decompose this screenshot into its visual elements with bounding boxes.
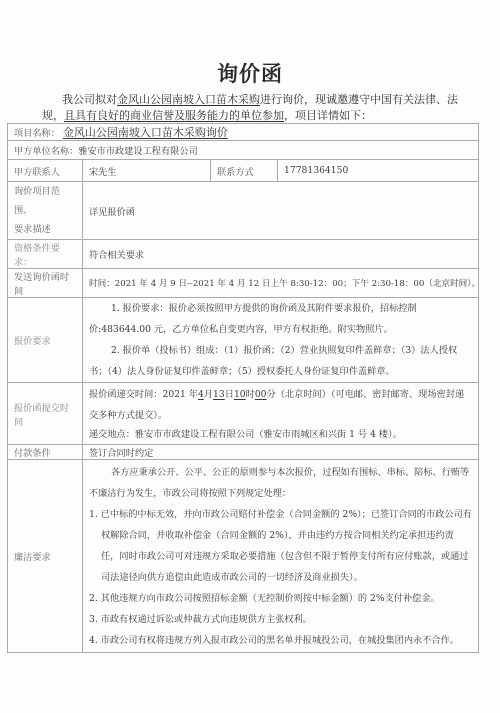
row-qualification: 资格条件要求： 符合相关要求 [8,240,479,269]
integrity-label: 廉洁要求 [8,460,83,653]
integrity-item-3: 3. 市政有权通过诉讼或仲裁方式向违规供方主张权利。 [89,609,472,630]
row-send-time: 发送询价函时间 时间：2021 年 4 月 9 日--2021 年 4 月 12… [8,269,479,298]
document-title: 询价函 [0,58,500,88]
scope-label: 询价项目范围、 要求描述 [8,182,83,240]
scope-label-line1: 询价项目范围、 [14,182,76,220]
project-name-value: 金风山公园南坡入口苗木采购询价 [63,126,228,139]
submit-time-text: 报价函递交时间：2021 年4月13日10时00分（北京时间）（可电邮、密封邮寄… [89,384,472,426]
intro-line2-prefix: 规， [42,109,64,122]
payment-value: 签订合同时约定 [83,445,479,460]
row-party-a-contact: 甲方联系人 宋先生 联系方式 17781364150 [8,160,479,182]
integrity-item-1: 1. 已中标的中标无效，并向市政公司赔付补偿金（合同金额的 2%）；已签订合同的… [89,504,472,588]
intro-middle: 进行询价，现诚邀遵守中国有关法律、法 [260,93,458,106]
quote-requirement-item-2: 2. 报价单（投标书）组成：（1）报价函；（2）营业执照复印件盖鲜章；（3）法人… [89,340,472,382]
scope-value: 详见报价函 [83,182,479,240]
row-quote-requirements: 报价要求 1. 报价要求：报价必须按照甲方提供的询价函及其附件要求报价，招标控制… [8,298,479,383]
row-scope: 询价项目范围、 要求描述 详见报价函 [8,182,479,240]
submit-location: 递交地点：雅安市市政建设工程有限公司（雅安市雨城区和兴街 1 号 4 楼）。 [89,426,472,444]
submit-month-unit: 月 [204,389,213,400]
intro-line2-underlined: 且具有良好的商业信誉及服务能力的单位参加 [64,109,284,122]
integrity-value: 各方应秉承公开、公平、公正的原则参与本次报价，过程如有围标、串标、陪标、行贿等不… [83,460,479,653]
submit-day-unit: 日 [225,389,234,400]
party-a-name-label: 甲方单位名称： [14,146,78,157]
phone-value: 17781364150 [278,160,479,182]
integrity-intro: 各方应秉承公开、公平、公正的原则参与本次报价，过程如有围标、串标、陪标、行贿等不… [89,462,472,504]
integrity-item-4: 4. 市政公司有权将违规方列入报市政公司的黑名单并报城投公司，在城投集团内永不合… [89,630,472,651]
submit-time-prefix: 报价函递交时间：2021 年 [89,389,198,400]
row-project-name: 项目名称： 金风山公园南坡入口苗木采购询价 [8,124,479,141]
submit-time-label: 报价函提交时间 [8,383,83,445]
quote-requirement-item-1: 1. 报价要求：报价必须按照甲方提供的询价函及其附件要求报价，招标控制价:483… [89,298,472,340]
contact-label: 甲方联系人 [8,160,83,182]
integrity-item-2: 2. 其他违规方向市政公司按照招标金额（无控制价则按中标金额）的 2%支付补偿金… [89,588,472,609]
qualification-label: 资格条件要求： [8,240,83,269]
project-name-label: 项目名称： [14,128,60,139]
row-payment: 付款条件 签订合同时约定 [8,445,479,460]
intro-prefix: 我公司拟对 [62,93,117,106]
payment-label: 付款条件 [8,445,83,460]
inquiry-table: 项目名称： 金风山公园南坡入口苗木采购询价 甲方单位名称：雅安市市政建设工程有限… [7,123,479,653]
quote-requirements-value: 1. 报价要求：报价必须按照甲方提供的询价函及其附件要求报价，招标控制价:483… [83,298,479,383]
submit-hour-unit: 时 [246,389,255,400]
row-submit-time: 报价函提交时间 报价函递交时间：2021 年4月13日10时00分（北京时间）（… [8,383,479,445]
quote-requirements-label: 报价要求 [8,298,83,383]
phone-label: 联系方式 [211,160,278,182]
party-a-name-value: 雅安市市政建设工程有限公司 [78,146,197,157]
submit-day: 13 [213,389,225,400]
intro-project-name: 金风山公园南坡入口苗木采购 [117,93,260,106]
row-party-a-name: 甲方单位名称：雅安市市政建设工程有限公司 [8,141,479,160]
contact-value: 宋先生 [83,160,211,182]
intro-paragraph: 我公司拟对金风山公园南坡入口苗木采购进行询价，现诚邀遵守中国有关法律、法 规，且… [44,92,484,124]
scope-label-line2: 要求描述 [14,220,76,239]
submit-time-value: 报价函递交时间：2021 年4月13日10时00分（北京时间）（可电邮、密封邮寄… [83,383,479,445]
submit-hour: 10 [234,389,246,400]
send-time-value: 时间：2021 年 4 月 9 日--2021 年 4 月 12 日上午 8:3… [83,269,479,298]
row-integrity: 廉洁要求 各方应秉承公开、公平、公正的原则参与本次报价，过程如有围标、串标、陪标… [8,460,479,653]
submit-minute: 00 [255,389,267,400]
intro-line2-suffix: ，项目详情如下： [284,109,372,122]
qualification-value: 符合相关要求 [83,240,479,269]
send-time-label: 发送询价函时间 [8,269,83,298]
